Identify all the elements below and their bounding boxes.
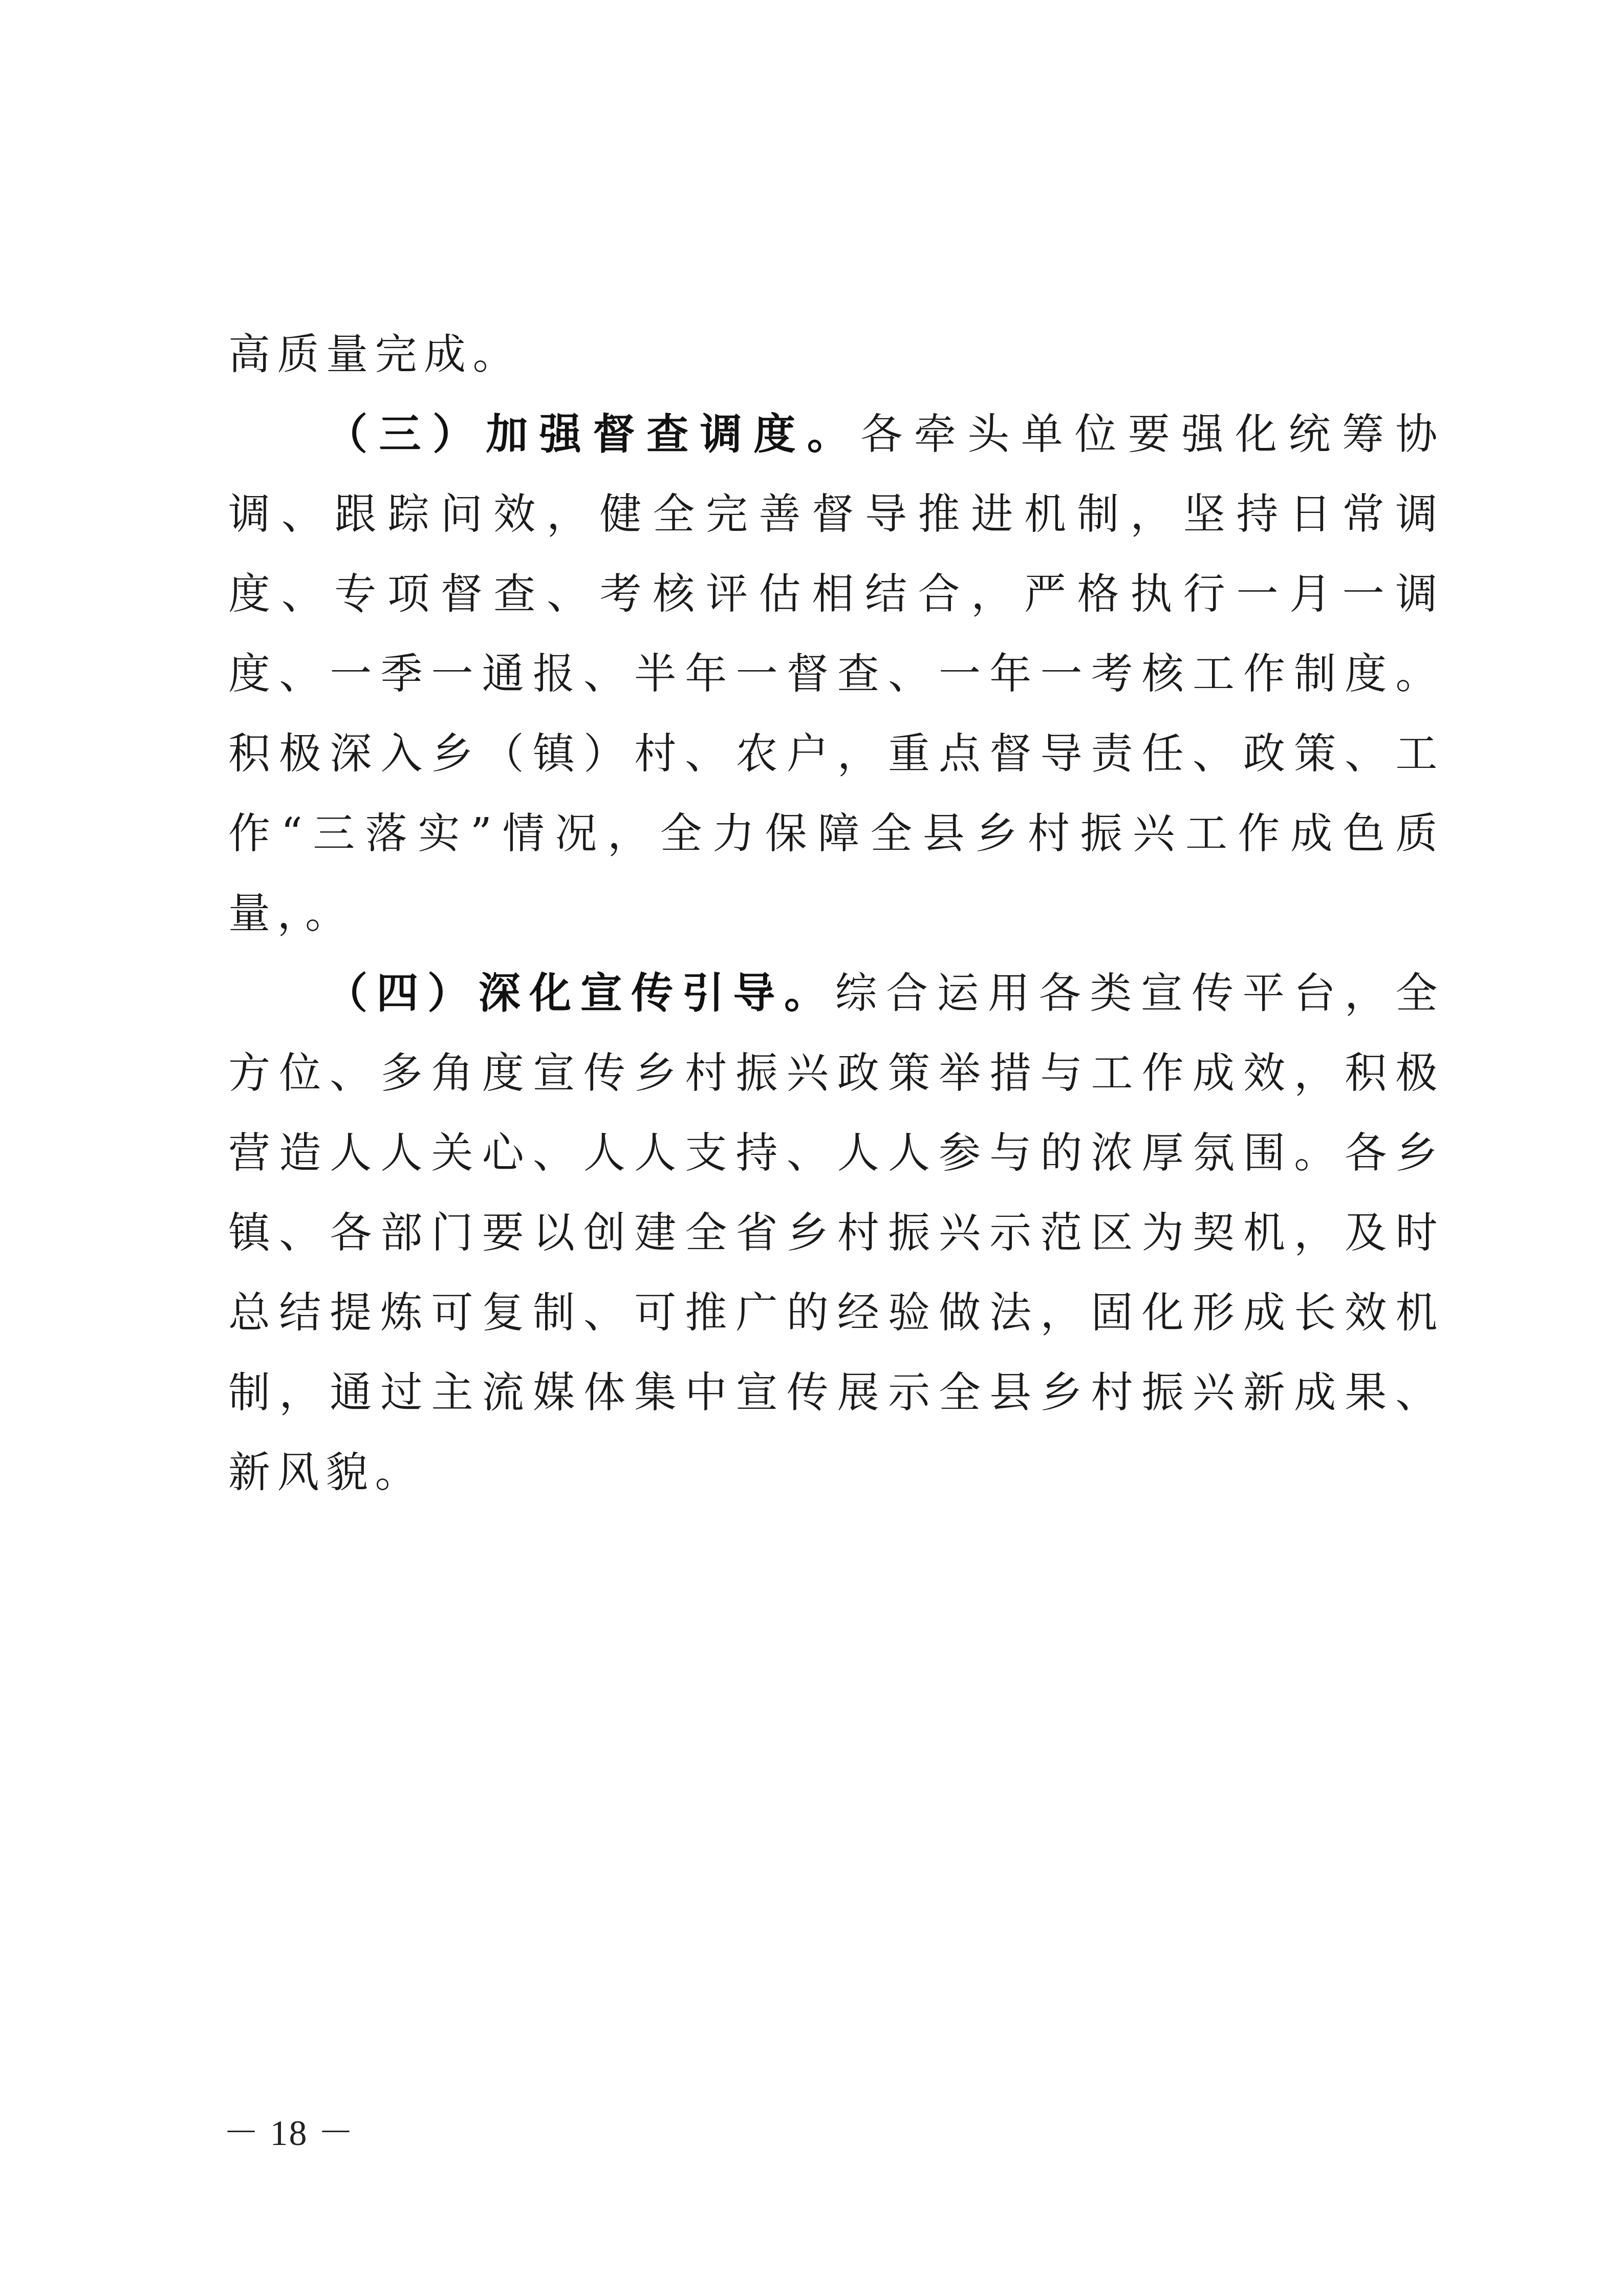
paragraph-text: 综合运用各类宣传平台，全方位、多角度宣传乡村振兴政策举措与工作成效，积极营造人人… xyxy=(228,969,1444,1497)
page-number: － 18 － xyxy=(223,2104,355,2156)
paragraph-text: 各牵头单位要强化统筹协调、跟踪问效，健全完善督导推进机制，坚持日常调度、专项督查… xyxy=(228,410,1444,938)
paragraph-text: 高质量完成。 xyxy=(228,330,522,379)
document-page: 高质量完成。 （三）加强督查调度。各牵头单位要强化统筹协调、跟踪问效，健全完善督… xyxy=(0,0,1624,2296)
section-heading: （四）深化宣传引导。 xyxy=(326,969,835,1018)
paragraph-section-3: （三）加强督查调度。各牵头单位要强化统筹协调、跟踪问效，健全完善督导推进机制，坚… xyxy=(228,395,1444,954)
paragraph-continuation: 高质量完成。 xyxy=(228,315,1444,395)
body-text: 高质量完成。 （三）加强督查调度。各牵头单位要强化统筹协调、跟踪问效，健全完善督… xyxy=(228,315,1444,1513)
paragraph-section-4: （四）深化宣传引导。综合运用各类宣传平台，全方位、多角度宣传乡村振兴政策举措与工… xyxy=(228,954,1444,1513)
section-heading: （三）加强督查调度。 xyxy=(326,410,860,459)
